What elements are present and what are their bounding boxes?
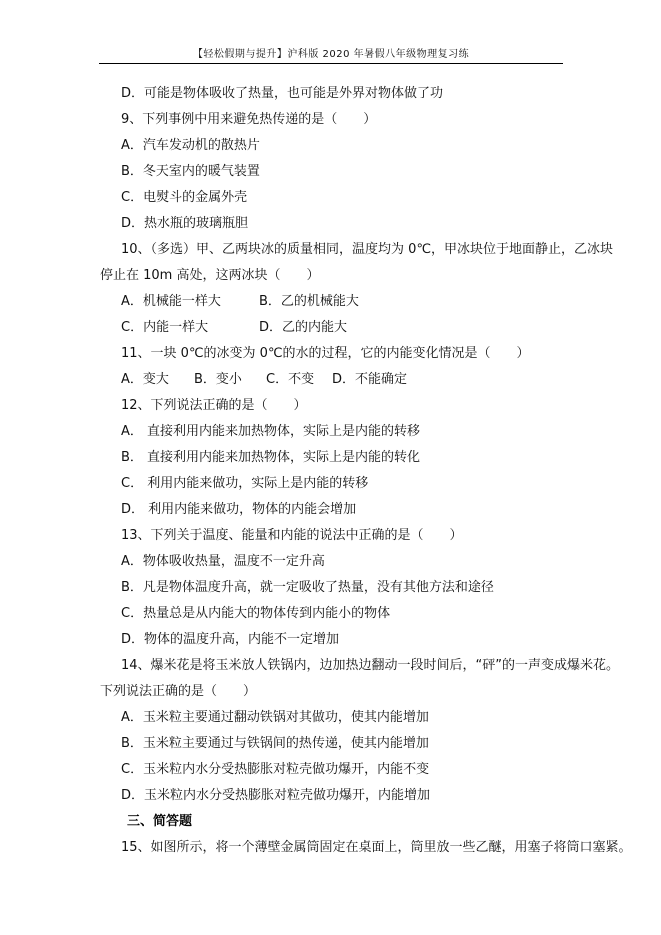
q14-option-c: C．玉米粒内水分受热膨胀对粒壳做功爆开，内能不变 [121, 762, 429, 778]
q13-option-d: D．物体的温度升高，内能不一定增加 [121, 632, 339, 648]
q10-option-d: D．乙的内能大 [259, 320, 347, 336]
q14-stem-line2: 下列说法正确的是（ ） [100, 684, 256, 700]
header-divider [99, 63, 563, 64]
q9-stem: 9、下列事例中用来避免热传递的是（ ） [121, 112, 376, 128]
q10-stem-line2: 停止在 10m 高处，这两冰块（ ） [100, 268, 319, 284]
q15-stem-line1: 15、如图所示，将一个薄壁金属筒固定在桌面上，筒里放一些乙醚，用塞子将筒口塞紧。 [121, 840, 632, 856]
q9-option-b: B．冬天室内的暖气装置 [121, 164, 260, 180]
q12-option-a: A． 直接利用内能来加热物体，实际上是内能的转移 [121, 424, 420, 440]
document-page: 【轻松假期与提升】沪科版 2020 年暑假八年级物理复习练 D．可能是物体吸收了… [0, 0, 661, 935]
q11-option-a: A．变大 [121, 372, 169, 388]
q9-option-a: A．汽车发动机的散热片 [121, 138, 260, 154]
q11-stem: 11、一块 0℃的冰变为 0℃的水的过程，它的内能变化情况是（ ） [121, 346, 530, 362]
q10-option-c: C．内能一样大 [121, 320, 208, 336]
q10-stem-line1: 10、（多选）甲、乙两块冰的质量相同，温度均为 0℃，甲冰块位于地面静止，乙冰块 [121, 242, 613, 258]
q12-option-d: D． 利用内能来做功，物体的内能会增加 [121, 502, 356, 518]
q11-option-d: D．不能确定 [332, 372, 407, 388]
q12-option-c: C． 利用内能来做功，实际上是内能的转移 [121, 476, 368, 492]
section-heading: 三、简答题 [127, 814, 192, 830]
q14-option-d: D．玉米粒内水分受热膨胀对粒壳做功爆开，内能增加 [121, 788, 430, 804]
q8-option-d: D．可能是物体吸收了热量，也可能是外界对物体做了功 [121, 86, 443, 102]
q9-option-d: D．热水瓶的玻璃瓶胆 [121, 216, 248, 232]
q13-option-c: C．热量总是从内能大的物体传到内能小的物体 [121, 606, 390, 622]
q13-stem: 13、下列关于温度、能量和内能的说法中正确的是（ ） [121, 528, 463, 544]
q11-option-c: C．不变 [266, 372, 314, 388]
q12-stem: 12、下列说法正确的是（ ） [121, 398, 307, 414]
q14-option-b: B．玉米粒主要通过与铁锅间的热传递，使其内能增加 [121, 736, 429, 752]
q10-option-a: A．机械能一样大 [121, 294, 221, 310]
q13-option-a: A．物体吸收热量，温度不一定升高 [121, 554, 325, 570]
q9-option-c: C．电熨斗的金属外壳 [121, 190, 247, 206]
q13-option-b: B．凡是物体温度升高，就一定吸收了热量，没有其他方法和途径 [121, 580, 494, 596]
page-header-title: 【轻松假期与提升】沪科版 2020 年暑假八年级物理复习练 [99, 45, 563, 60]
q10-option-b: B．乙的机械能大 [259, 294, 359, 310]
q14-stem-line1: 14、爆米花是将玉米放人铁锅内，边加热边翻动一段时间后，“砰”的一声变成爆米花。 [121, 658, 619, 674]
q14-option-a: A．玉米粒主要通过翻动铁锅对其做功，使其内能增加 [121, 710, 429, 726]
q11-option-b: B．变小 [194, 372, 242, 388]
q12-option-b: B． 直接利用内能来加热物体，实际上是内能的转化 [121, 450, 420, 466]
